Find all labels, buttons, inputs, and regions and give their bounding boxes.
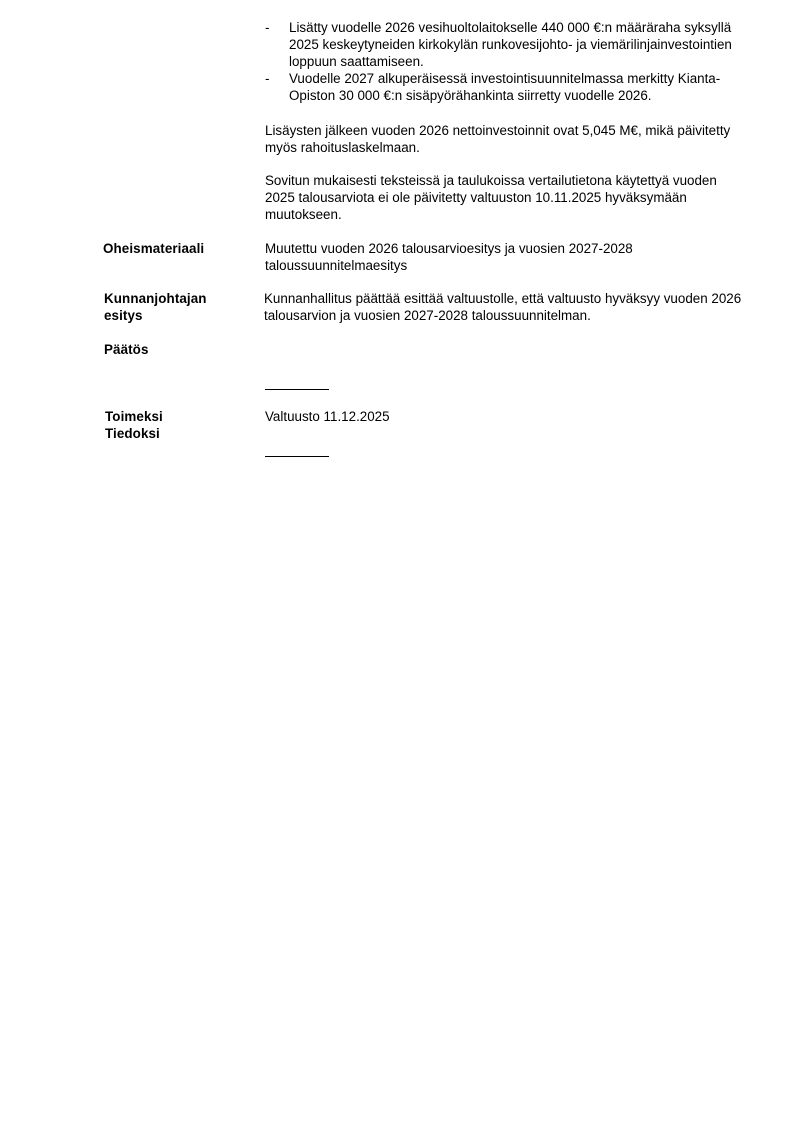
paatos-label: Päätös: [104, 341, 244, 358]
kunnanjohtajan-esitys-text: Kunnanhallitus päättää esittää valtuusto…: [264, 290, 742, 324]
kunnanjohtajan-esitys-label: Kunnanjohtajan esitys: [104, 290, 244, 324]
bullet-item: - Vuodelle 2027 alkuperäisessä investoin…: [263, 70, 743, 104]
bullet-text: Vuodelle 2027 alkuperäisessä investointi…: [289, 71, 720, 103]
separator-line: [265, 389, 329, 390]
bullet-marker: -: [265, 70, 269, 87]
bullet-text: Lisätty vuodelle 2026 vesihuoltolaitokse…: [289, 20, 732, 69]
oheismateriaali-label: Oheismateriaali: [103, 240, 243, 257]
toimeksi-text: Valtuusto 11.12.2025: [265, 408, 743, 425]
label-line: Kunnanjohtajan: [104, 290, 244, 307]
document-page: - Lisätty vuodelle 2026 vesihuoltolaitok…: [0, 0, 794, 1122]
label-line: esitys: [104, 307, 244, 324]
comparison-note-paragraph: Sovitun mukaisesti teksteissä ja tauluko…: [265, 172, 743, 223]
intro-bullet-list: - Lisätty vuodelle 2026 vesihuoltolaitok…: [263, 19, 743, 104]
toimeksi-tiedoksi-label: Toimeksi Tiedoksi: [105, 408, 245, 442]
label-line: Toimeksi: [105, 408, 245, 425]
bullet-marker: -: [265, 19, 269, 36]
separator-line: [265, 456, 329, 457]
net-investments-paragraph: Lisäysten jälkeen vuoden 2026 nettoinves…: [265, 122, 743, 156]
label-line: Tiedoksi: [105, 425, 245, 442]
bullet-item: - Lisätty vuodelle 2026 vesihuoltolaitok…: [263, 19, 743, 70]
oheismateriaali-text: Muutettu vuoden 2026 talousarvioesitys j…: [265, 240, 743, 274]
